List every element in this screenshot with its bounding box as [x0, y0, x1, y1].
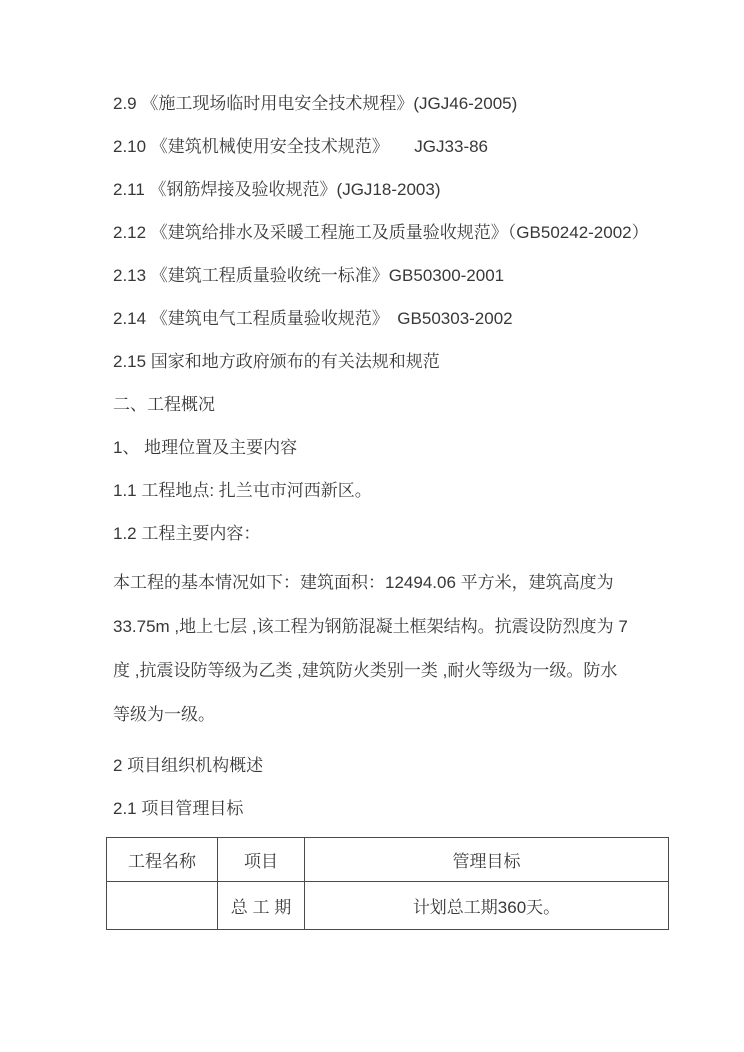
section-heading-management-goal: 2.1 项目管理目标 [113, 787, 673, 830]
item-project-location: 1.1 工程地点: 扎兰屯市河西新区。 [113, 469, 673, 512]
spec-item-2-14: 2.14 《建筑电气工程质量验收规范》 GB50303-2002 [113, 297, 673, 340]
document-content: 2.9 《施工现场临时用电安全技术规程》(JGJ46-2005) 2.10 《建… [113, 82, 673, 930]
paragraph-line: 度 ,抗震设防等级为乙类 ,建筑防火类别一类 ,耐火等级为一级。防水 [113, 649, 673, 693]
item-project-main-content: 1.2 工程主要内容： [113, 512, 673, 555]
management-goals-table: 工程名称 项目 管理目标 总 工 期 计划总工期360天。 [106, 837, 669, 930]
spec-item-2-9: 2.9 《施工现场临时用电安全技术规程》(JGJ46-2005) [113, 82, 673, 125]
paragraph-line: 本工程的基本情况如下：建筑面积：12494.06 平方米，建筑高度为 [113, 561, 673, 605]
spec-item-2-10: 2.10 《建筑机械使用安全技术规范》 JGJ33-86 [113, 125, 673, 168]
col-header-item: 项目 [218, 838, 305, 882]
spec-item-2-11: 2.11 《钢筋焊接及验收规范》(JGJ18-2003) [113, 168, 673, 211]
cell-project-name [107, 882, 218, 930]
document-page: 2.9 《施工现场临时用电安全技术规程》(JGJ46-2005) 2.10 《建… [0, 0, 744, 1052]
table-row-total-duration: 总 工 期 计划总工期360天。 [107, 882, 669, 930]
spec-item-2-15: 2.15 国家和地方政府颁布的有关法规和规范 [113, 340, 673, 383]
section-heading-location: 1、 地理位置及主要内容 [113, 426, 673, 469]
paragraph-line: 等级为一级。 [113, 693, 673, 737]
cell-item: 总 工 期 [218, 882, 305, 930]
cell-goal: 计划总工期360天。 [305, 882, 669, 930]
spec-item-2-13: 2.13 《建筑工程质量验收统一标准》GB50300-2001 [113, 254, 673, 297]
paragraph-line: 33.75m ,地上七层 ,该工程为钢筋混凝土框架结构。抗震设防烈度为 7 [113, 605, 673, 649]
section-heading-project-overview: 二、工程概况 [113, 383, 673, 426]
table-header-row: 工程名称 项目 管理目标 [107, 838, 669, 882]
col-header-management-goal: 管理目标 [305, 838, 669, 882]
col-header-project-name: 工程名称 [107, 838, 218, 882]
spec-item-2-12: 2.12 《建筑给排水及采暖工程施工及质量验收规范》（GB50242-2002） [113, 211, 673, 254]
section-heading-org-structure: 2 项目组织机构概述 [113, 744, 673, 787]
project-description-paragraph: 本工程的基本情况如下：建筑面积：12494.06 平方米，建筑高度为 33.75… [113, 561, 673, 737]
